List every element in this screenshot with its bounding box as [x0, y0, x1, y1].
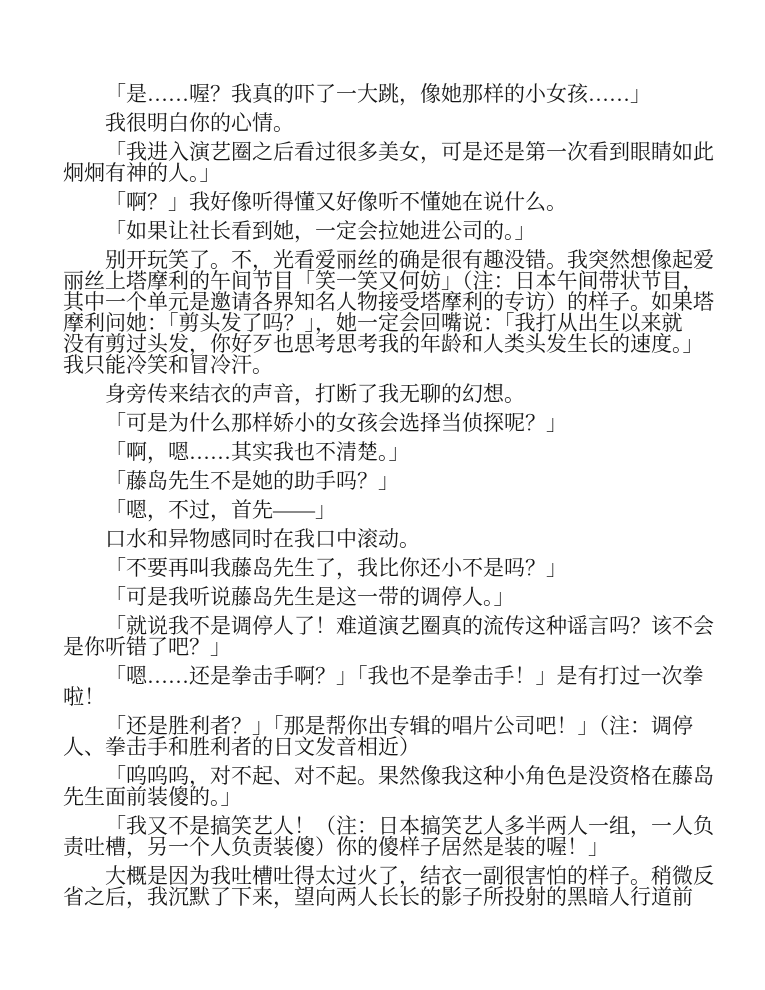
text-line: 我只能冷笑和冒冷汗。	[63, 355, 703, 376]
text-line: 省之后，我沉默了下来，望向两人长长的影子所投射的黑暗人行道前	[63, 887, 703, 908]
text-line: 「我又不是搞笑艺人！（注：日本搞笑艺人多半两人一组，一人负	[63, 816, 703, 837]
text-line: 是你听错了吧？」	[63, 637, 703, 658]
text-line: 「不要再叫我藤岛先生了，我比你还小不是吗？」	[63, 558, 703, 579]
text-line: 「可是我听说藤岛先生是这一带的调停人。」	[63, 587, 703, 608]
text-line: 我很明白你的心情。	[63, 113, 703, 134]
paragraph: 别开玩笑了。不，光看爱丽丝的确是很有趣没错。我突然想像起爱丽丝上塔摩利的午间节目…	[63, 250, 703, 376]
paragraph: 「是……喔？我真的吓了一大跳，像她那样的小女孩……」	[63, 84, 703, 105]
text-line: 啦！	[63, 687, 703, 708]
paragraph: 我很明白你的心情。	[63, 113, 703, 134]
text-line: 口水和异物感同时在我口中滚动。	[63, 529, 703, 550]
text-line: 没有剪过头发，你好歹也思考思考我的年龄和人类头发生长的速度。」	[63, 334, 703, 355]
paragraph: 「嗯，不过，首先——」	[63, 500, 703, 521]
text-line: 「嗯，不过，首先——」	[63, 500, 703, 521]
paragraph: 口水和异物感同时在我口中滚动。	[63, 529, 703, 550]
text-line: 「啊，嗯……其实我也不清楚。」	[63, 442, 703, 463]
text-line: 「啊？」我好像听得懂又好像听不懂她在说什么。	[63, 192, 703, 213]
text-line: 先生面前装傻的。」	[63, 787, 703, 808]
text-line: 人、拳击手和胜利者的日文发音相近）	[63, 737, 703, 758]
novel-page-background: { "page": { "background_color": "#ffffff…	[0, 0, 765, 990]
text-line: 摩利问她：「剪头发了吗？」，她一定会回嘴说：「我打从出生以来就	[63, 313, 703, 334]
text-line: 「是……喔？我真的吓了一大跳，像她那样的小女孩……」	[63, 84, 703, 105]
text-line: 「如果让社长看到她，一定会拉她进公司的。」	[63, 221, 703, 242]
paragraph: 「我进入演艺圈之后看过很多美女，可是还是第一次看到眼睛如此炯炯有神的人。」	[63, 142, 703, 184]
paragraph: 「可是为什么那样娇小的女孩会选择当侦探呢？」	[63, 413, 703, 434]
paragraph: 「就说我不是调停人了！难道演艺圈真的流传这种谣言吗？该不会是你听错了吧？」	[63, 616, 703, 658]
text-line: 别开玩笑了。不，光看爱丽丝的确是很有趣没错。我突然想像起爱	[63, 250, 703, 271]
text-line: 炯炯有神的人。」	[63, 163, 703, 184]
text-line: 其中一个单元是邀请各界知名人物接受塔摩利的专访）的样子。如果塔	[63, 292, 703, 313]
paragraph: 「呜呜呜，对不起、对不起。果然像我这种小角色是没资格在藤岛先生面前装傻的。」	[63, 766, 703, 808]
text-line: 「嗯……还是拳击手啊？」「我也不是拳击手！」是有打过一次拳	[63, 666, 703, 687]
paragraph: 「我又不是搞笑艺人！（注：日本搞笑艺人多半两人一组，一人负责吐槽，另一个人负责装…	[63, 816, 703, 858]
paragraph: 身旁传来结衣的声音，打断了我无聊的幻想。	[63, 384, 703, 405]
paragraph: 大概是因为我吐槽吐得太过火了，结衣一副很害怕的样子。稍微反省之后，我沉默了下来，…	[63, 866, 703, 908]
text-line: 「就说我不是调停人了！难道演艺圈真的流传这种谣言吗？该不会	[63, 616, 703, 637]
paragraph: 「嗯……还是拳击手啊？」「我也不是拳击手！」是有打过一次拳啦！	[63, 666, 703, 708]
paragraph: 「不要再叫我藤岛先生了，我比你还小不是吗？」	[63, 558, 703, 579]
text-line: 「我进入演艺圈之后看过很多美女，可是还是第一次看到眼睛如此	[63, 142, 703, 163]
text-line: 「藤岛先生不是她的助手吗？」	[63, 471, 703, 492]
text-line: 大概是因为我吐槽吐得太过火了，结衣一副很害怕的样子。稍微反	[63, 866, 703, 887]
text-line: 「还是胜利者？」「那是帮你出专辑的唱片公司吧！」（注：调停	[63, 716, 703, 737]
paragraph: 「如果让社长看到她，一定会拉她进公司的。」	[63, 221, 703, 242]
text-line: 丽丝上塔摩利的午间节目「笑一笑又何妨」（注：日本午间带状节目，	[63, 271, 703, 292]
text-line: 身旁传来结衣的声音，打断了我无聊的幻想。	[63, 384, 703, 405]
text-line: 「可是为什么那样娇小的女孩会选择当侦探呢？」	[63, 413, 703, 434]
paragraph: 「还是胜利者？」「那是帮你出专辑的唱片公司吧！」（注：调停人、拳击手和胜利者的日…	[63, 716, 703, 758]
paragraph: 「啊？」我好像听得懂又好像听不懂她在说什么。	[63, 192, 703, 213]
paragraph: 「藤岛先生不是她的助手吗？」	[63, 471, 703, 492]
text-line: 「呜呜呜，对不起、对不起。果然像我这种小角色是没资格在藤岛	[63, 766, 703, 787]
paragraph: 「啊，嗯……其实我也不清楚。」	[63, 442, 703, 463]
paragraph: 「可是我听说藤岛先生是这一带的调停人。」	[63, 587, 703, 608]
text-content: 「是……喔？我真的吓了一大跳，像她那样的小女孩……」我很明白你的心情。「我进入演…	[63, 84, 703, 908]
text-line: 责吐槽，另一个人负责装傻）你的傻样子居然是装的喔！」	[63, 837, 703, 858]
